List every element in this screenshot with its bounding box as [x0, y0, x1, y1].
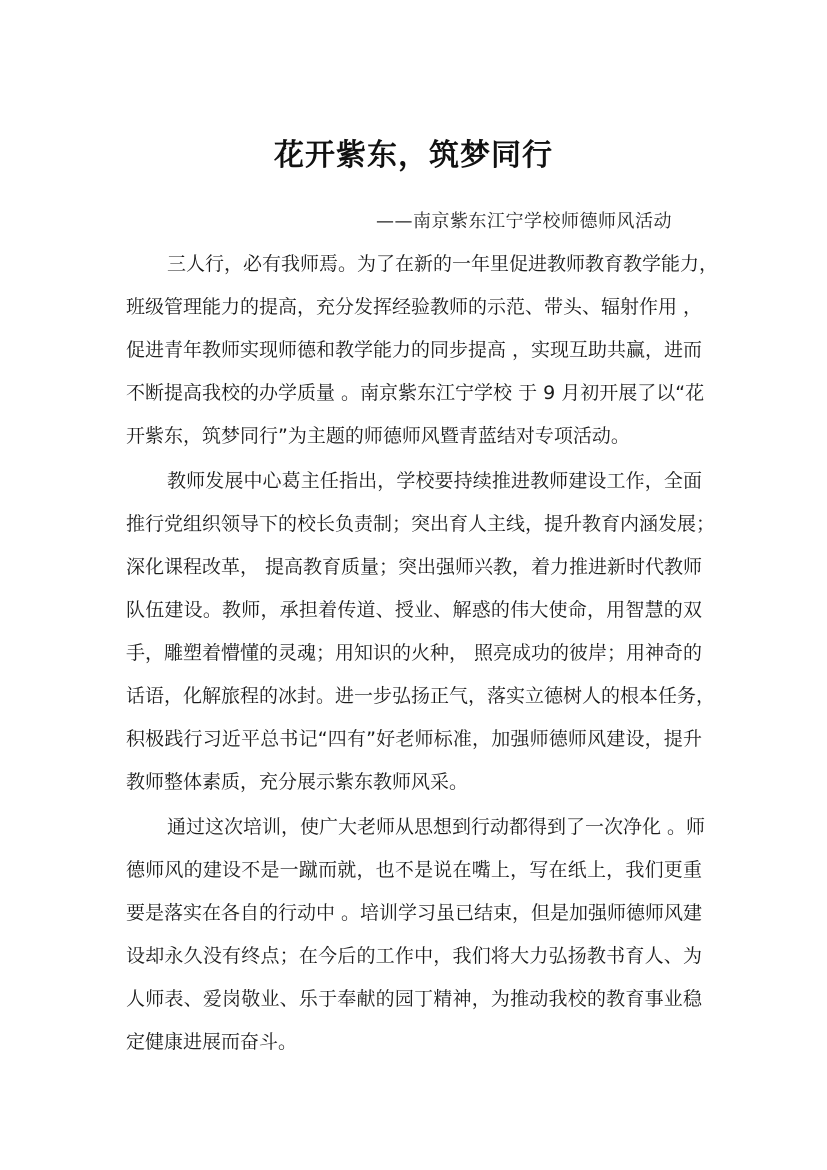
text-line: 三人行，必有我师焉。为了在新的一年里促进教师教育教学能力，	[126, 250, 702, 293]
text-line: 要是落实在各自的行动中 。培训学习虽已结束，但是加强师德师风建	[126, 899, 702, 942]
document-subtitle: ——南京紫东江宁学校师德师风活动	[376, 207, 672, 233]
text-line: 队伍建设。教师，承担着传道、授业、解惑的伟大使命，用智慧的双	[126, 596, 702, 639]
text-line: 人师表、爱岗敬业、乐于奉献的园丁精神，为推动我校的教育事业稳	[126, 985, 702, 1028]
text-line: 教师整体素质，充分展示紫东教师风采。	[126, 768, 702, 811]
text-line: 促进青年教师实现师德和教学能力的同步提高 ，实现互助共赢，进而	[126, 336, 702, 379]
paragraph-1: 三人行，必有我师焉。为了在新的一年里促进教师教育教学能力， 班级管理能力的提高，…	[126, 250, 702, 465]
text-line: 深化课程改革， 提高教育质量；突出强师兴教，着力推进新时代教师	[126, 553, 702, 596]
document-body: 三人行，必有我师焉。为了在新的一年里促进教师教育教学能力， 班级管理能力的提高，…	[126, 250, 702, 1071]
text-line: 德师风的建设不是一蹴而就，也不是说在嘴上，写在纸上，我们更重	[126, 856, 702, 899]
text-line: 设却永久没有终点；在今后的工作中，我们将大力弘扬教书育人、为	[126, 942, 702, 985]
text-line: 推行党组织领导下的校长负责制；突出育人主线，提升教育内涵发展；	[126, 510, 702, 553]
text-line: 通过这次培训，使广大老师从思想到行动都得到了一次净化 。师	[126, 813, 702, 856]
text-line: 手，雕塑着懵懂的灵魂；用知识的火种， 照亮成功的彼岸；用神奇的	[126, 639, 702, 682]
text-line: 话语，化解旅程的冰封。进一步弘扬正气，落实立德树人的根本任务，	[126, 682, 702, 725]
text-line: 教师发展中心葛主任指出，学校要持续推进教师建设工作，全面	[126, 467, 702, 510]
text-line: 不断提高我校的办学质量 。南京紫东江宁学校 于 9 月初开展了以“花	[126, 379, 702, 422]
text-line: 开紫东，筑梦同行”为主题的师德师风暨青蓝结对专项活动。	[126, 422, 702, 465]
text-line: 积极践行习近平总书记“四有”好老师标准，加强师德师风建设，提升	[126, 725, 702, 768]
document-title: 花开紫东，筑梦同行	[0, 130, 827, 174]
paragraph-2: 教师发展中心葛主任指出，学校要持续推进教师建设工作，全面 推行党组织领导下的校长…	[126, 467, 702, 811]
text-line: 班级管理能力的提高，充分发挥经验教师的示范、带头、辐射作用 ，	[126, 293, 702, 336]
text-line: 定健康进展而奋斗。	[126, 1028, 702, 1071]
paragraph-3: 通过这次培训，使广大老师从思想到行动都得到了一次净化 。师 德师风的建设不是一蹴…	[126, 813, 702, 1071]
